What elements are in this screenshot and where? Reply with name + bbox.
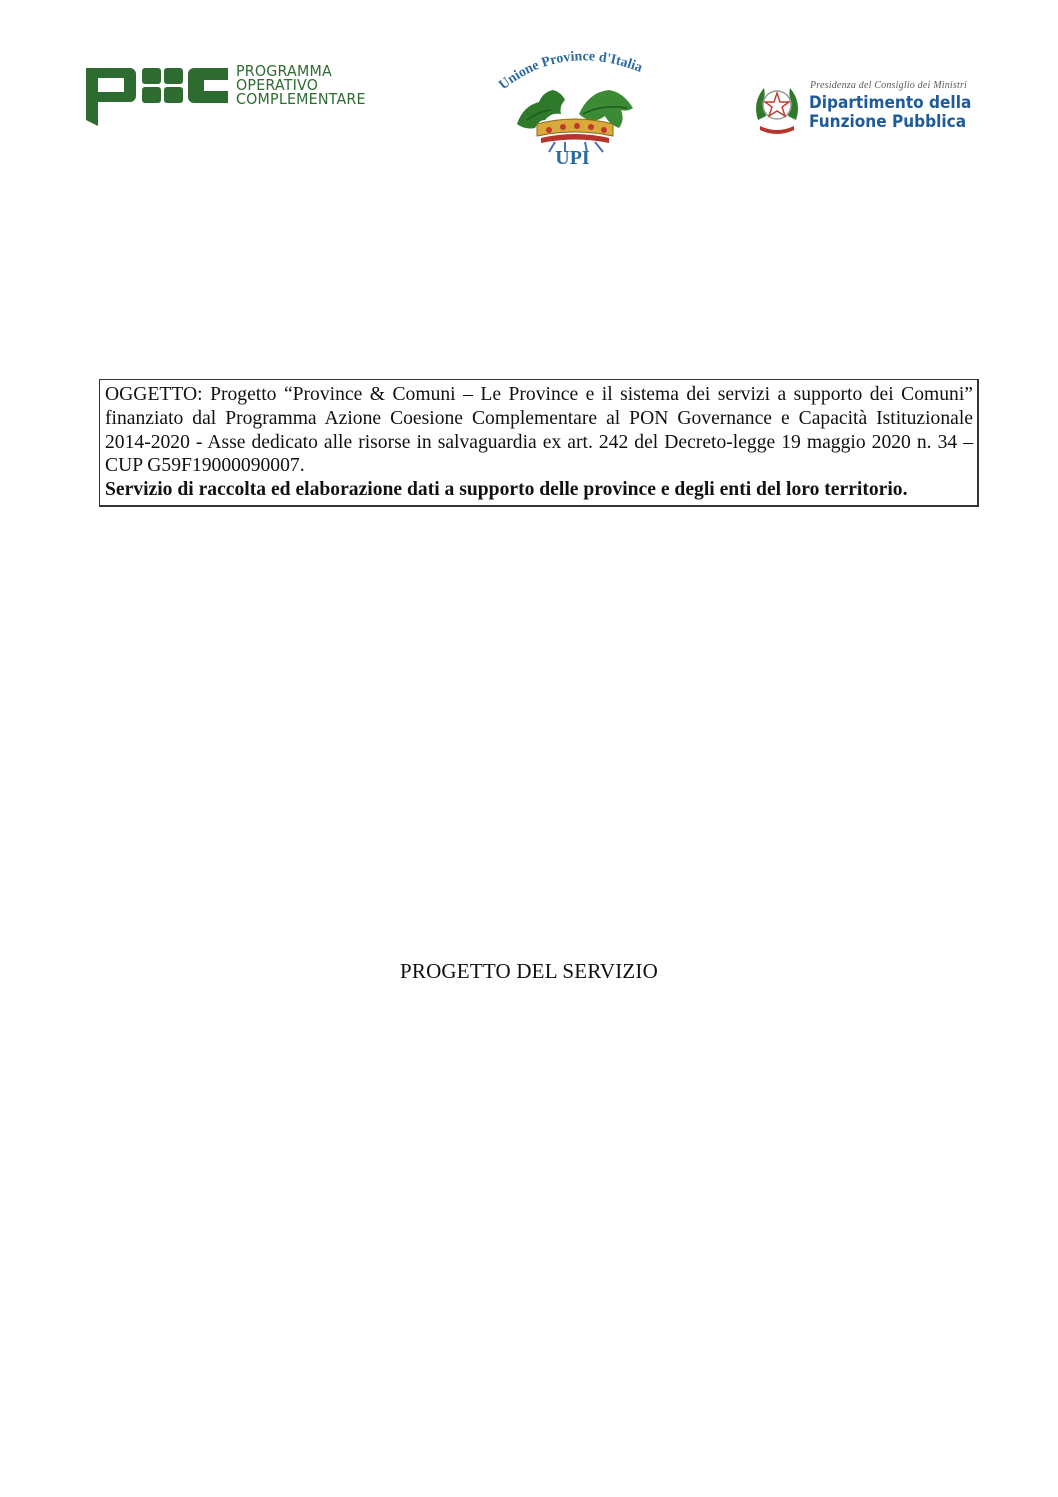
subject-box: OGGETTO: Progetto “Province & Comuni – L… xyxy=(99,379,979,507)
poc-mark-icon xyxy=(84,62,230,128)
poc-text: PROGRAMMA OPERATIVO COMPLEMENTARE xyxy=(236,64,366,106)
italian-republic-emblem-icon xyxy=(752,80,802,136)
upi-label: UPI xyxy=(495,147,650,170)
upi-logo: Unione Province d'Italia UPI xyxy=(495,44,650,176)
dipartimento-funzione-pubblica-logo: Presidenza del Consiglio dei Ministri Di… xyxy=(752,80,982,140)
subject-bold-text: Servizio di raccolta ed elaborazione dat… xyxy=(105,478,973,502)
subject-text: OGGETTO: Progetto “Province & Comuni – L… xyxy=(105,383,973,478)
poc-logo: PROGRAMMA OPERATIVO COMPLEMENTARE xyxy=(84,62,394,128)
document-title: PROGETTO DEL SERVIZIO xyxy=(0,959,1058,984)
crown-laurel-icon xyxy=(507,84,642,154)
presidenza-text: Presidenza del Consiglio dei Ministri xyxy=(810,80,967,91)
dipartimento-line-2: Funzione Pubblica xyxy=(809,112,966,131)
dipartimento-line-1: Dipartimento della xyxy=(809,93,971,112)
poc-line-3: COMPLEMENTARE xyxy=(236,92,366,106)
